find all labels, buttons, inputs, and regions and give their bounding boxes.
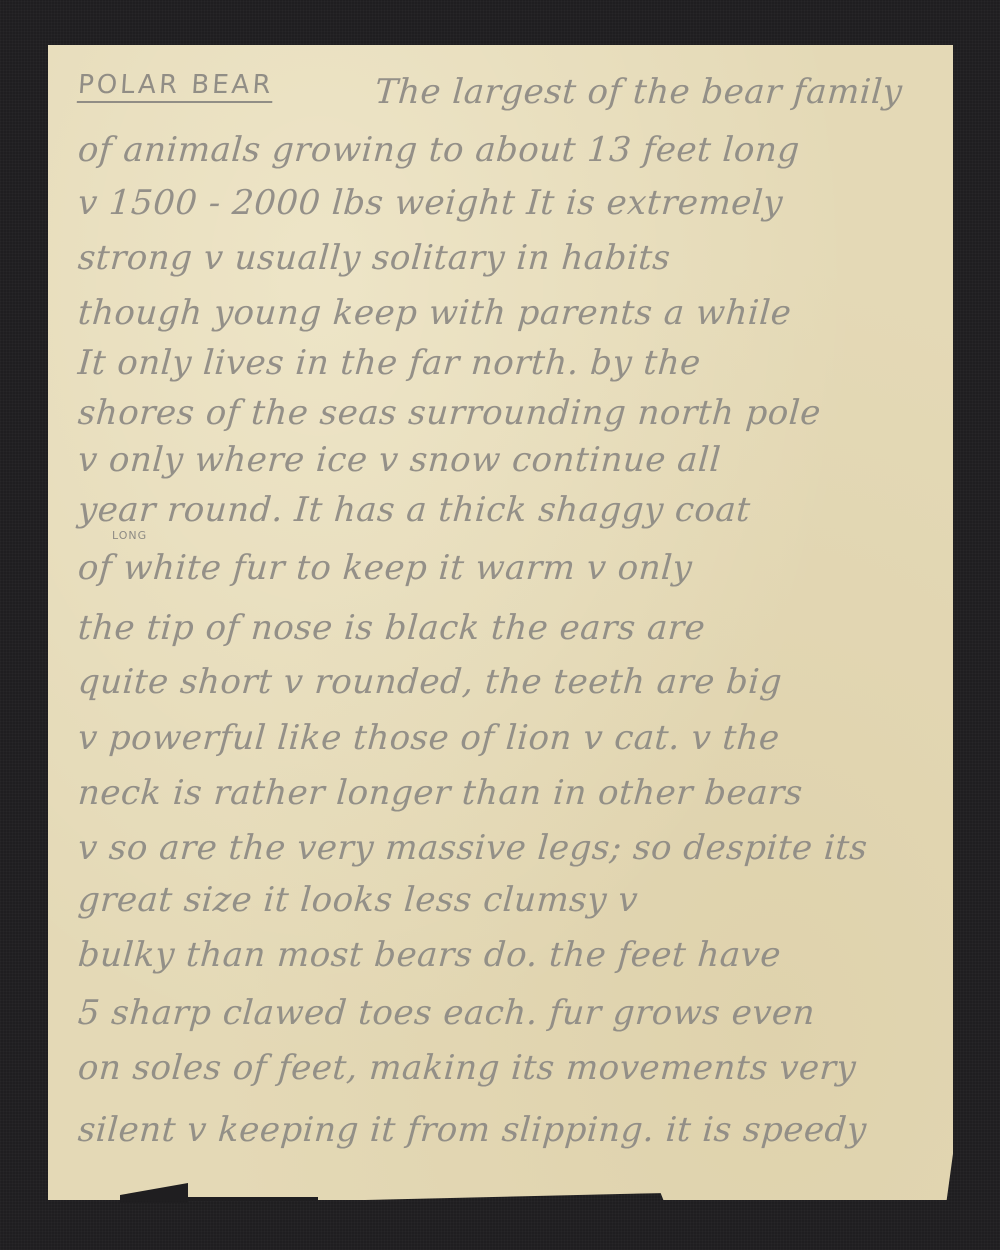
text-line-12: quite short v rounded, the teeth are big [77,662,784,702]
text-line-3: v 1500 - 2000 lbs weight It is extremely [77,183,785,223]
page-title: POLAR BEAR [77,70,275,100]
text-line-16: great size it looks less clumsy v [77,880,640,920]
text-line-9: year round. It has a thick shaggy coat [77,490,752,530]
text-line-20: silent v keeping it from slipping. it is… [77,1110,868,1150]
text-line-1: The largest of the bear family [374,72,904,112]
text-line-7: shores of the seas surrounding north pol… [77,393,823,433]
torn-edge [188,1197,318,1201]
text-line-13: v powerful like those of lion v cat. v t… [77,718,781,758]
text-line-15: v so are the very massive legs; so despi… [77,828,869,868]
text-line-11: the tip of nose is black the ears are [77,608,707,648]
text-line-10: of white fur to keep it warm v only [77,548,694,588]
text-line-19: on soles of feet, making its movements v… [77,1048,858,1088]
text-line-8: v only where ice v snow continue all [77,440,723,480]
text-line-5: though young keep with parents a while [77,293,793,333]
text-line-6: It only lives in the far north. by the [77,343,703,383]
insertion-note: LONG [112,529,147,542]
text-line-17: bulky than most bears do. the feet have [77,935,783,975]
text-line-4: strong v usually solitary in habits [77,238,672,278]
text-line-18: 5 sharp clawed toes each. fur grows even [77,993,817,1033]
text-line-2: of animals growing to about 13 feet long [77,130,801,170]
text-line-14: neck is rather longer than in other bear… [77,773,805,813]
